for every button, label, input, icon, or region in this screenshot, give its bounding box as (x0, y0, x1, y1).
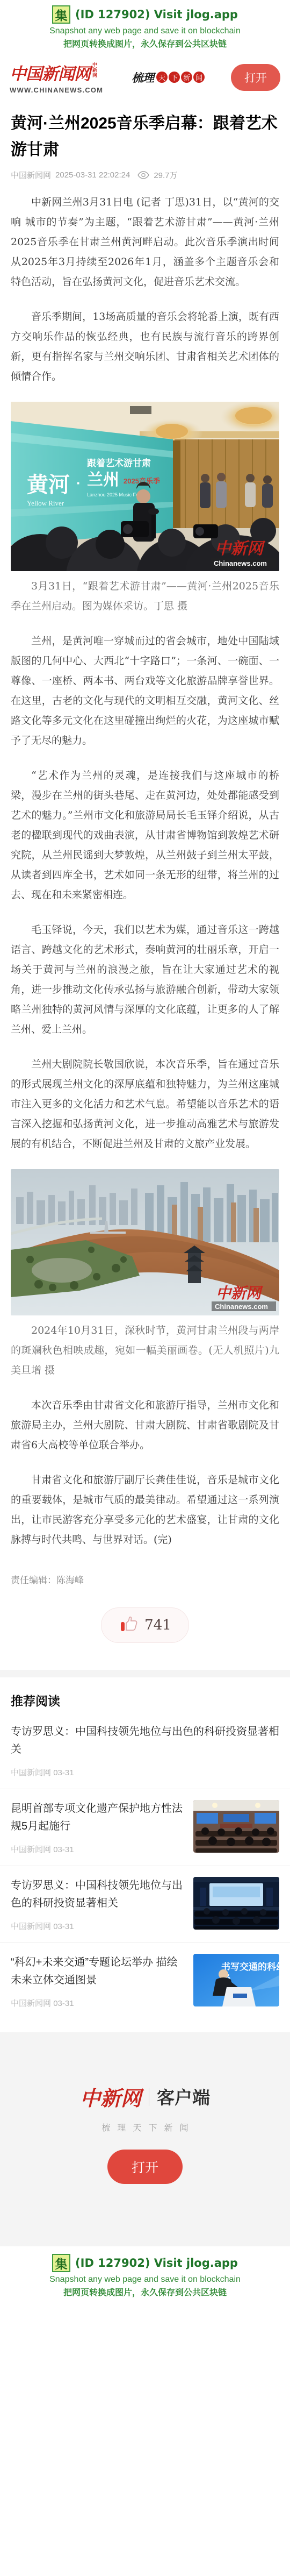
views-eye-icon (137, 171, 149, 179)
recommend-item[interactable]: 专访罗思义：中国科技领先地位与出色的科研投资显著相关 中国新闻网 03-31 (0, 1712, 290, 1788)
like-button[interactable]: 741 (101, 1607, 189, 1643)
footer-app-label: 客户端 (157, 2084, 210, 2109)
park-lake (32, 1258, 92, 1283)
figure-1-caption: 3月31日，“跟着艺术游甘肃”——黄河·兰州2025音乐季在兰州启动。图为媒体采… (11, 577, 279, 616)
press-conference-photo: 黄河 · Yellow River 跟着艺术游甘肃 兰州 2025音乐季 Lan… (11, 402, 279, 571)
section-divider (0, 1670, 290, 1677)
slogan-lockup: 梳理 天 下 新 闻 (132, 69, 205, 86)
logo-url: WWW.CHINANEWS.COM (10, 86, 103, 94)
svg-text:Chinanews.com: Chinanews.com (214, 559, 267, 567)
recommend-item-meta: 中国新闻网 03-31 (11, 1844, 186, 1855)
recommend-item-thumbnail: 书写交通的科幻 经 (193, 1954, 279, 2006)
footer-logo: 中新网 (80, 2082, 141, 2111)
jlog-badge-icon: 集 (52, 5, 70, 24)
recommend-item-title: 昆明首部专项文化遗产保护地方性法规5月起施行 (11, 1800, 186, 1835)
article-source: 中国新闻网 (11, 169, 51, 181)
article-meta: 中国新闻网 2025-03-31 22:02:24 29.7万 (11, 169, 279, 181)
auditorium-thumb (193, 1877, 279, 1930)
recommend-heading: 推荐阅读 (0, 1677, 290, 1712)
svg-text:·: · (76, 475, 81, 491)
recommend-item-meta: 中国新闻网 03-31 (11, 1920, 186, 1932)
footer-slogan: 梳理天下新闻 (0, 2121, 290, 2133)
svg-text:跟着艺术游甘肃: 跟着艺术游甘肃 (87, 458, 151, 468)
footer-divider (149, 2088, 149, 2106)
site-header: 中国新闻网 中新网 WWW.CHINANEWS.COM 梳理 天 下 新 闻 打… (0, 54, 290, 103)
recommend-item-title: “科幻+未来交通”专题论坛举办 描绘未来立体交通图景 (11, 1954, 186, 1989)
promo-subtitle-en: Snapshot any web page and save it on blo… (0, 26, 290, 36)
svg-text:兰州: 兰州 (87, 471, 119, 489)
paragraph: 本次音乐季由甘肃省文化和旅游厅指导，兰州市文化和旅游局主办，兰州大剧院、甘肃大剧… (11, 1396, 279, 1455)
promo-subtitle-en: Snapshot any web page and save it on blo… (0, 2275, 290, 2285)
slogan-seal: 下 (169, 72, 180, 83)
recommend-item-title: 专访罗思义：中国科技领先地位与出色的科研投资显著相关 (11, 1877, 186, 1912)
promo-banner-top: 集 (ID 127902) Visit jlog.app Snapshot an… (0, 0, 290, 54)
paragraph: 甘肃省文化和旅游厅副厅长龚佳佳说，音乐是城市文化的重要载体，是城市气质的最美律动… (11, 1470, 279, 1550)
view-count: 29.7万 (154, 169, 177, 181)
recommend-item-meta: 中国新闻网 03-31 (11, 1997, 186, 2009)
promo-banner-bottom: 集 (ID 127902) Visit jlog.app Snapshot an… (0, 2246, 290, 2302)
editor-credit: 责任编辑：陈海峰 (11, 1572, 279, 1586)
logo-side-text: 中新网 (92, 60, 97, 78)
recommend-item-meta: 中国新闻网 03-31 (11, 1767, 279, 1778)
paragraph: “艺术作为兰州的灵魂，是连接我们与这座城市的桥梁，漫步在兰州的街头巷尾、走在黄河… (11, 766, 279, 905)
open-app-button[interactable]: 打开 (231, 64, 280, 91)
logo-wordmark: 中国新闻网 (10, 60, 90, 84)
slogan-seal: 新 (181, 72, 192, 83)
promo-id-link[interactable]: (ID 127902) Visit jlog.app (75, 8, 238, 21)
promo-subtitle-cn: 把网页转换成图片，永久保存到公共区块链 (0, 37, 290, 49)
article-figure-1: 黄河 · Yellow River 跟着艺术游甘肃 兰州 2025音乐季 Lan… (11, 402, 279, 571)
svg-text:中新网: 中新网 (216, 1285, 264, 1302)
wood-wall (175, 439, 279, 528)
recommend-section: 推荐阅读 专访罗思义：中国科技领先地位与出色的科研投资显著相关 中国新闻网 03… (0, 1677, 290, 2018)
svg-text:书写交通的科幻: 书写交通的科幻 (221, 1961, 279, 1972)
article-datetime: 2025-03-31 22:02:24 (55, 170, 130, 180)
article-figure-2: 中新网 Chinanews.com (11, 1169, 279, 1315)
article-title: 黄河·兰州2025音乐季启幕：跟着艺术游甘肃 (11, 110, 279, 163)
slogan-seal: 天 (156, 72, 168, 83)
paragraph: 兰州大剧院院长敬国欣说，本次音乐季，旨在通过音乐的形式展现兰州文化的深厚底蕴和独… (11, 1055, 279, 1154)
app-footer: 中新网 客户端 梳理天下新闻 打开 (0, 2032, 290, 2246)
recommend-item[interactable]: 专访罗思义：中国科技领先地位与出色的科研投资显著相关 中国新闻网 03-31 (0, 1866, 290, 1941)
svg-text:Yellow River: Yellow River (27, 499, 64, 507)
svg-text:黄河: 黄河 (27, 473, 70, 497)
forum-speaker-thumb: 书写交通的科幻 经 (193, 1954, 279, 2006)
meeting-room-thumb (193, 1800, 279, 1853)
chinanews-logo[interactable]: 中国新闻网 中新网 WWW.CHINANEWS.COM (10, 60, 103, 94)
recommend-item[interactable]: “科幻+未来交通”专题论坛举办 描绘未来立体交通图景 中国新闻网 03-31 书… (0, 1942, 290, 2018)
promo-id-link[interactable]: (ID 127902) Visit jlog.app (75, 2257, 238, 2269)
recommend-item[interactable]: 昆明首部专项文化遗产保护地方性法规5月起施行 中国新闻网 03-31 (0, 1789, 290, 1865)
like-count: 741 (144, 1617, 171, 1633)
footer-open-button[interactable]: 打开 (107, 2150, 183, 2184)
thumbs-up-icon (119, 1615, 138, 1635)
article: 黄河·兰州2025音乐季启幕：跟着艺术游甘肃 中国新闻网 2025-03-31 … (0, 110, 290, 1643)
recommend-item-thumbnail (193, 1800, 279, 1853)
svg-text:Chinanews.com: Chinanews.com (215, 1303, 268, 1311)
paragraph: 中新网兰州3月31日电 (记者 丁思)31日，以“黄河的交响 城市的节奏”为主题… (11, 193, 279, 292)
yellow-river-aerial-photo: 中新网 Chinanews.com (11, 1169, 279, 1315)
paragraph: 毛玉铎说，今天，我们以艺术为媒，通过音乐这一跨越语言、跨越文化的艺术形式，奏响黄… (11, 920, 279, 1040)
slogan-seal: 闻 (193, 72, 205, 83)
recommend-item-title: 专访罗思义：中国科技领先地位与出色的科研投资显著相关 (11, 1723, 279, 1759)
promo-subtitle-cn: 把网页转换成图片，永久保存到公共区块链 (0, 2286, 290, 2298)
recommend-item-thumbnail (193, 1877, 279, 1930)
svg-text:中新网: 中新网 (215, 540, 266, 558)
jlog-badge-icon: 集 (52, 2254, 70, 2272)
paragraph: 音乐季期间，13场高质量的音乐会将轮番上演，既有西方交响乐作品的恢弘经典，也有民… (11, 307, 279, 387)
figure-2-caption: 2024年10月31日，深秋时节，黄河甘肃兰州段与两岸的斑斓秋色相映成趣，宛如一… (11, 1321, 279, 1380)
slogan-prefix: 梳理 (132, 69, 154, 86)
paragraph: 兰州，是黄河唯一穿城而过的省会城市，地处中国陆域版图的几何中心、大西北“十字路口… (11, 631, 279, 751)
